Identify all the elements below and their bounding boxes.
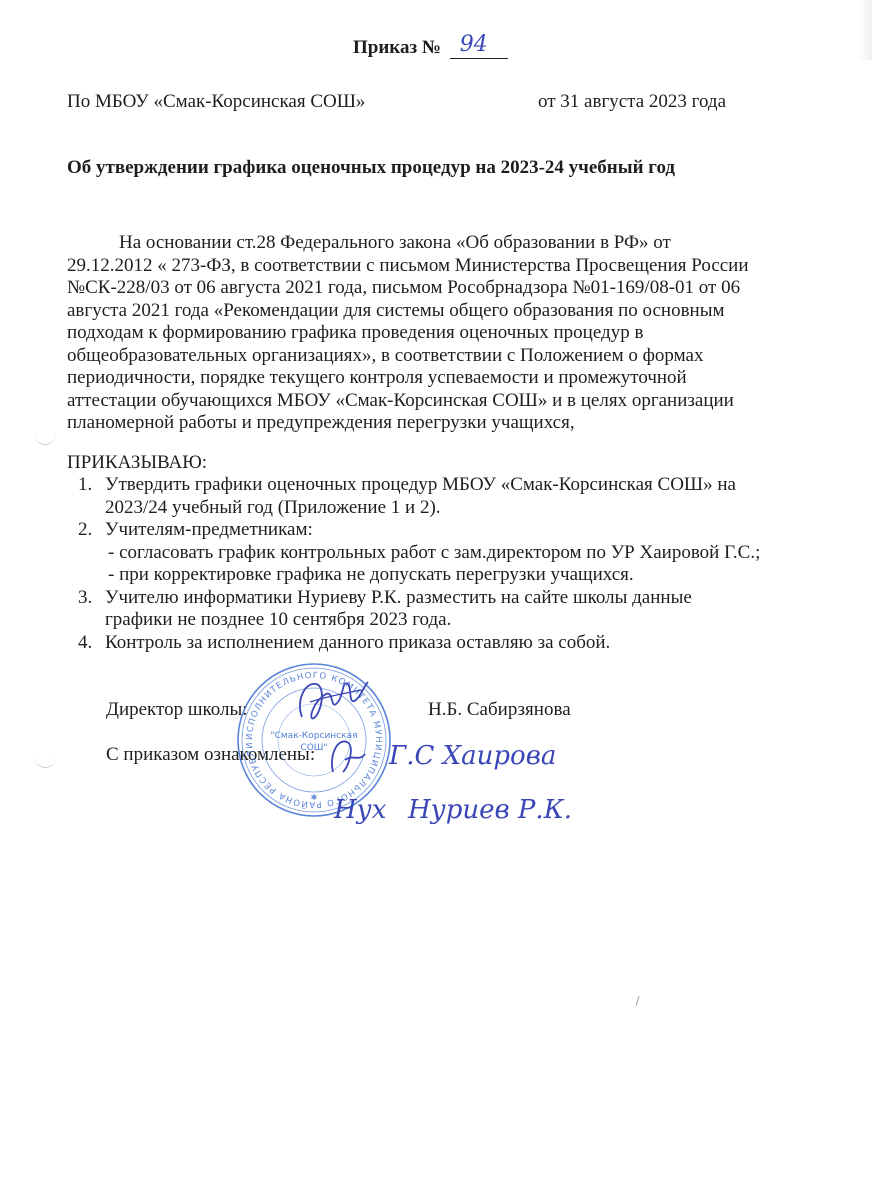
- item-text: Контроль за исполнением данного приказа …: [105, 632, 610, 655]
- svg-text:СОШ": СОШ": [300, 743, 327, 753]
- director-signature-icon: [292, 672, 372, 732]
- item-number: 4.: [78, 632, 92, 655]
- svg-text:Нух: Нух: [333, 795, 387, 825]
- item-number: 1.: [78, 474, 92, 497]
- item-number: 3.: [78, 587, 92, 610]
- order-item-1-continued: 2023/24 учебный год (Приложение 1 и 2).: [67, 497, 807, 520]
- handwritten-signature-khairova-icon: Г.С Хаирова: [325, 732, 565, 780]
- item-text: Учителям-предметникам:: [105, 519, 313, 542]
- order-item-4: 4. Контроль за исполнением данного прика…: [67, 632, 807, 655]
- svg-text:Нуриев Р.К.: Нуриев Р.К.: [407, 795, 572, 825]
- organization-name: По МБОУ «Смак-Корсинская СОШ»: [67, 91, 365, 113]
- order-title-prefix: Приказ №: [353, 37, 441, 58]
- preamble-line: планомерной работы и предупреждения пере…: [67, 412, 797, 435]
- order-items-list: 1. Утвердить графики оценочных процедур …: [67, 474, 807, 654]
- preamble-line: августа 2021 года «Рекомендации для сист…: [67, 300, 797, 323]
- preamble-line: На основании ст.28 Федерального закона «…: [67, 232, 797, 255]
- item-text: Учителю информатики Нуриеву Р.К. размест…: [105, 587, 692, 610]
- preamble-line: периодичности, порядке текущего контроля…: [67, 367, 797, 390]
- order-item-1: 1. Утвердить графики оценочных процедур …: [67, 474, 807, 497]
- svg-text:✱: ✱: [311, 793, 318, 802]
- preamble-line: подходам к формированию графика проведен…: [67, 322, 797, 345]
- stray-pen-mark: [635, 996, 639, 1006]
- order-number-field: 94: [450, 38, 508, 59]
- preamble-line: 29.12.2012 « 273-ФЗ, в соответствии с пи…: [67, 255, 797, 278]
- order-item-3-continued: графики не позднее 10 сентября 2023 года…: [67, 609, 807, 632]
- order-subitem: - согласовать график контрольных работ с…: [67, 542, 807, 565]
- order-heading: ПРИКАЗЫВАЮ:: [67, 452, 207, 474]
- preamble-line: аттестации обучающихся МБОУ «Смак-Корсин…: [67, 390, 797, 413]
- hole-punch-mark: [34, 755, 56, 768]
- item-number: 2.: [78, 519, 92, 542]
- preamble-line: №СК-228/03 от 06 августа 2021 года, пись…: [67, 277, 797, 300]
- preamble-paragraph: На основании ст.28 Федерального закона «…: [67, 232, 797, 435]
- subitem-text: - при корректировке графика не допускать…: [108, 564, 634, 587]
- svg-text:Г.С Хаирова: Г.С Хаирова: [388, 741, 556, 771]
- handwritten-signature-nuriev-icon: Нух Нуриев Р.К.: [330, 780, 590, 832]
- director-role-label: Директор школы:: [106, 699, 248, 721]
- order-title: Приказ № 94: [353, 37, 508, 59]
- order-item-2: 2. Учителям-предметникам:: [67, 519, 807, 542]
- order-date: от 31 августа 2023 года: [538, 91, 726, 113]
- item-text: 2023/24 учебный год (Приложение 1 и 2).: [105, 497, 441, 520]
- order-item-3: 3. Учителю информатики Нуриеву Р.К. разм…: [67, 587, 807, 610]
- item-text: графики не позднее 10 сентября 2023 года…: [105, 609, 451, 632]
- order-number-handwritten: 94: [460, 32, 488, 57]
- scan-edge-shadow: [858, 0, 872, 60]
- order-subject: Об утверждении графика оценочных процеду…: [67, 157, 675, 179]
- scanned-document-page: Приказ № 94 По МБОУ «Смак-Корсинская СОШ…: [0, 0, 872, 1200]
- subitem-text: - согласовать график контрольных работ с…: [108, 542, 760, 565]
- item-text: Утвердить графики оценочных процедур МБО…: [105, 474, 736, 497]
- director-name: Н.Б. Сабирзянова: [428, 699, 571, 721]
- hole-punch-mark: [34, 432, 56, 445]
- preamble-line: общеобразовательных организациях», в соо…: [67, 345, 797, 368]
- order-subitem: - при корректировке графика не допускать…: [67, 564, 807, 587]
